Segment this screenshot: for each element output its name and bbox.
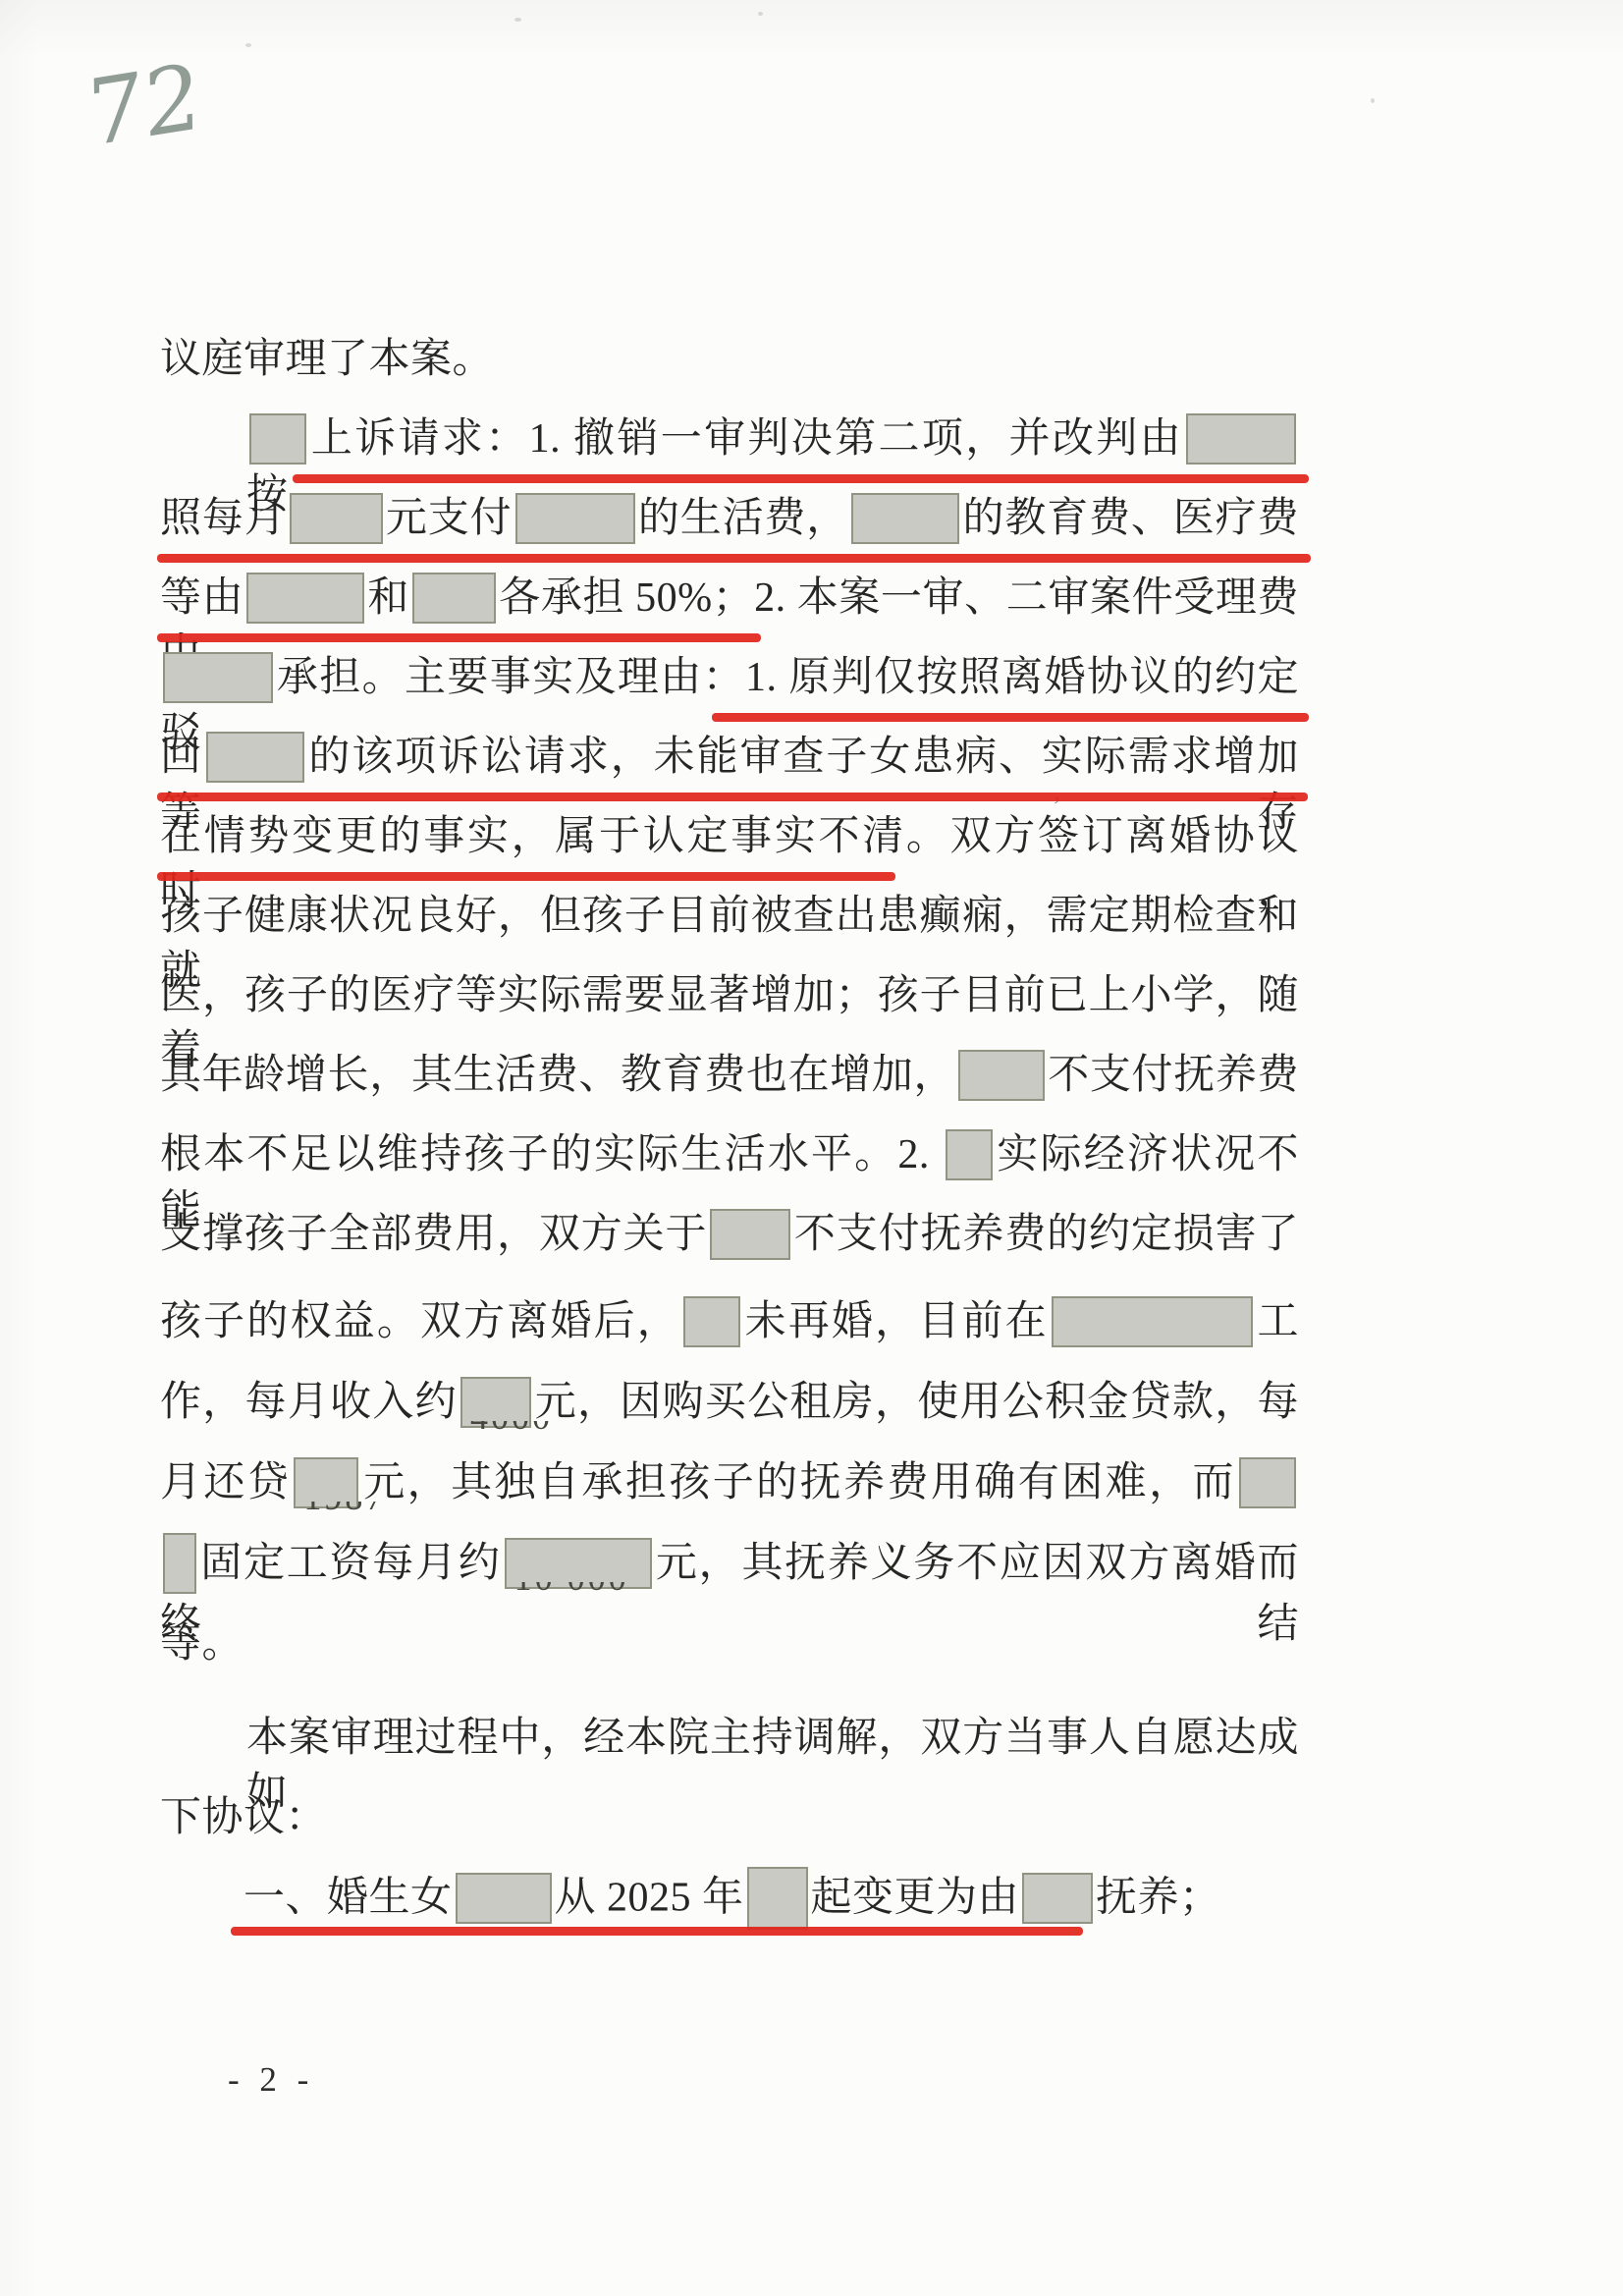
scan-speck (245, 43, 251, 47)
text-line: 作，每月收入约4000元，因购买公租房，使用公积金贷款，每 (160, 1375, 1299, 1432)
text-run: 其年龄增长，其生活费、教育费也在增加， (160, 1053, 955, 1098)
redaction-box (1186, 413, 1296, 465)
text-line: 在情势变更的事实，属于认定事实不清。双方签订离婚协议时， (160, 809, 1299, 866)
text-run: 支撑孩子全部费用，双方关于 (160, 1212, 707, 1257)
redaction-box (515, 493, 635, 544)
text-line: 回的该项诉讼请求，未能审查子女患病、实际需求增加等存 (160, 730, 1299, 787)
text-line: 孩子的权益。双方离婚后，未再婚，目前在工 (160, 1294, 1299, 1351)
red-underline-annotation (293, 474, 1309, 483)
text-run: 的生活费， (638, 496, 849, 541)
red-underline-annotation (712, 713, 1309, 722)
redaction-box (163, 1533, 196, 1594)
scan-speck (1371, 98, 1375, 103)
scan-speck (514, 18, 521, 22)
text-run: 不支付抚养费 (1048, 1053, 1299, 1098)
text-line: 等。 (160, 1616, 1299, 1673)
text-run: 议庭审理了本案。 (160, 337, 494, 382)
text-run: 和 (367, 575, 409, 621)
text-line: 支撑孩子全部费用，双方关于不支付抚养费的约定损害了 (160, 1207, 1299, 1264)
redaction-box (946, 1129, 993, 1180)
redaction-box (747, 1867, 808, 1930)
redaction-box: 10 000 (505, 1538, 652, 1589)
redaction-box (958, 1050, 1045, 1101)
text-run: 从 2025 年 (555, 1876, 744, 1921)
text-run: 月还贷 (160, 1460, 291, 1505)
text-run: 等由 (160, 575, 243, 621)
text-line: 固定工资每月约10 000元，其抚养义务不应因双方离婚而终结 (160, 1536, 1299, 1593)
redaction-box (249, 413, 306, 465)
text-run: 不支付抚养费的约定损害了 (793, 1212, 1299, 1257)
redaction-box (163, 652, 273, 703)
red-underline-annotation (157, 554, 1311, 563)
text-line: 下协议： (160, 1790, 1299, 1847)
redaction-box (412, 573, 496, 624)
text-line: 其年龄增长，其生活费、教育费也在增加，不支付抚养费 (160, 1048, 1299, 1105)
text-line: 等由和各承担 50%；2. 本案一审、二审案件受理费由 (160, 571, 1299, 628)
text-line: 月还贷1987元，其独自承担孩子的抚养费用确有困难，而 (160, 1455, 1299, 1512)
text-run: 未再婚，目前在 (743, 1299, 1049, 1344)
redaction-box (246, 573, 364, 624)
text-line: 上诉请求：1. 撤销一审判决第二项，并改判由按 (246, 411, 1299, 468)
text-run: 工 (1256, 1299, 1299, 1344)
text-line: 一、婚生女从 2025 年起变更为由抚养； (243, 1870, 1299, 1927)
redaction-box (1022, 1873, 1093, 1924)
text-line: 议庭审理了本案。 (160, 332, 1299, 389)
redaction-box (290, 493, 383, 544)
redaction-box: 1987 (294, 1457, 358, 1508)
red-underline-annotation (231, 1927, 1083, 1936)
text-run: 作，每月收入约 (160, 1380, 458, 1425)
text-line: 本案审理过程中，经本院主持调解，双方当事人自愿达成如 (246, 1711, 1299, 1768)
text-line: 承担。主要事实及理由：1. 原判仅按照离婚协议的约定驳 (160, 650, 1299, 707)
redaction-box: 4000 (460, 1377, 531, 1428)
redaction-box (1239, 1457, 1296, 1508)
red-underline-annotation (157, 872, 895, 881)
red-underline-annotation (157, 633, 761, 642)
text-run: 上诉请求：1. 撤销一审判决第二项，并改判由 (309, 416, 1183, 462)
text-run: 元，其独自承担孩子的抚养费用确有困难，而 (361, 1460, 1236, 1505)
partially-visible-text: 10 000 (514, 1560, 629, 1596)
scan-speck (758, 12, 763, 16)
redaction-box (206, 732, 304, 783)
scanned-document-page: 72 ʼ - 2 - 议庭审理了本案。上诉请求：1. 撤销一审判决第二项，并改判… (0, 0, 1623, 2296)
text-line: 根本不足以维持孩子的实际生活水平。2. 实际经济状况不能 (160, 1127, 1299, 1184)
redaction-box (683, 1296, 740, 1347)
handwritten-margin-note: 72 (86, 51, 201, 160)
text-run: 元支付 (386, 496, 513, 541)
text-run: 根本不足以维持孩子的实际生活水平。2. (160, 1132, 943, 1177)
text-run: 的教育费、医疗费 (962, 496, 1299, 541)
text-run: 等。 (160, 1621, 243, 1667)
text-run: 回 (160, 735, 203, 780)
text-run: 孩子的权益。双方离婚后， (160, 1299, 680, 1344)
redaction-box (851, 493, 959, 544)
redaction-box (456, 1873, 552, 1924)
text-run: 一、婚生女 (243, 1876, 453, 1921)
redaction-box (1052, 1296, 1253, 1347)
redaction-box (710, 1209, 790, 1260)
text-run: 下协议： (160, 1795, 327, 1840)
text-run: 抚养； (1096, 1876, 1221, 1921)
page-number: - 2 - (228, 2060, 314, 2100)
red-underline-annotation (157, 793, 1308, 801)
text-run: 固定工资每月约 (199, 1541, 502, 1586)
text-line: 孩子健康状况良好，但孩子目前被查出患癫痫，需定期检查和就 (160, 889, 1299, 946)
text-run: 起变更为由 (811, 1876, 1020, 1921)
text-run: 元，因购买公租房，使用公积金贷款，每 (534, 1380, 1299, 1425)
text-run: 照每月 (160, 496, 287, 541)
text-line: 医，孩子的医疗等实际需要显著增加；孩子目前已上小学，随着 (160, 968, 1299, 1025)
text-line: 照每月元支付的生活费，的教育费、医疗费 (160, 491, 1299, 548)
